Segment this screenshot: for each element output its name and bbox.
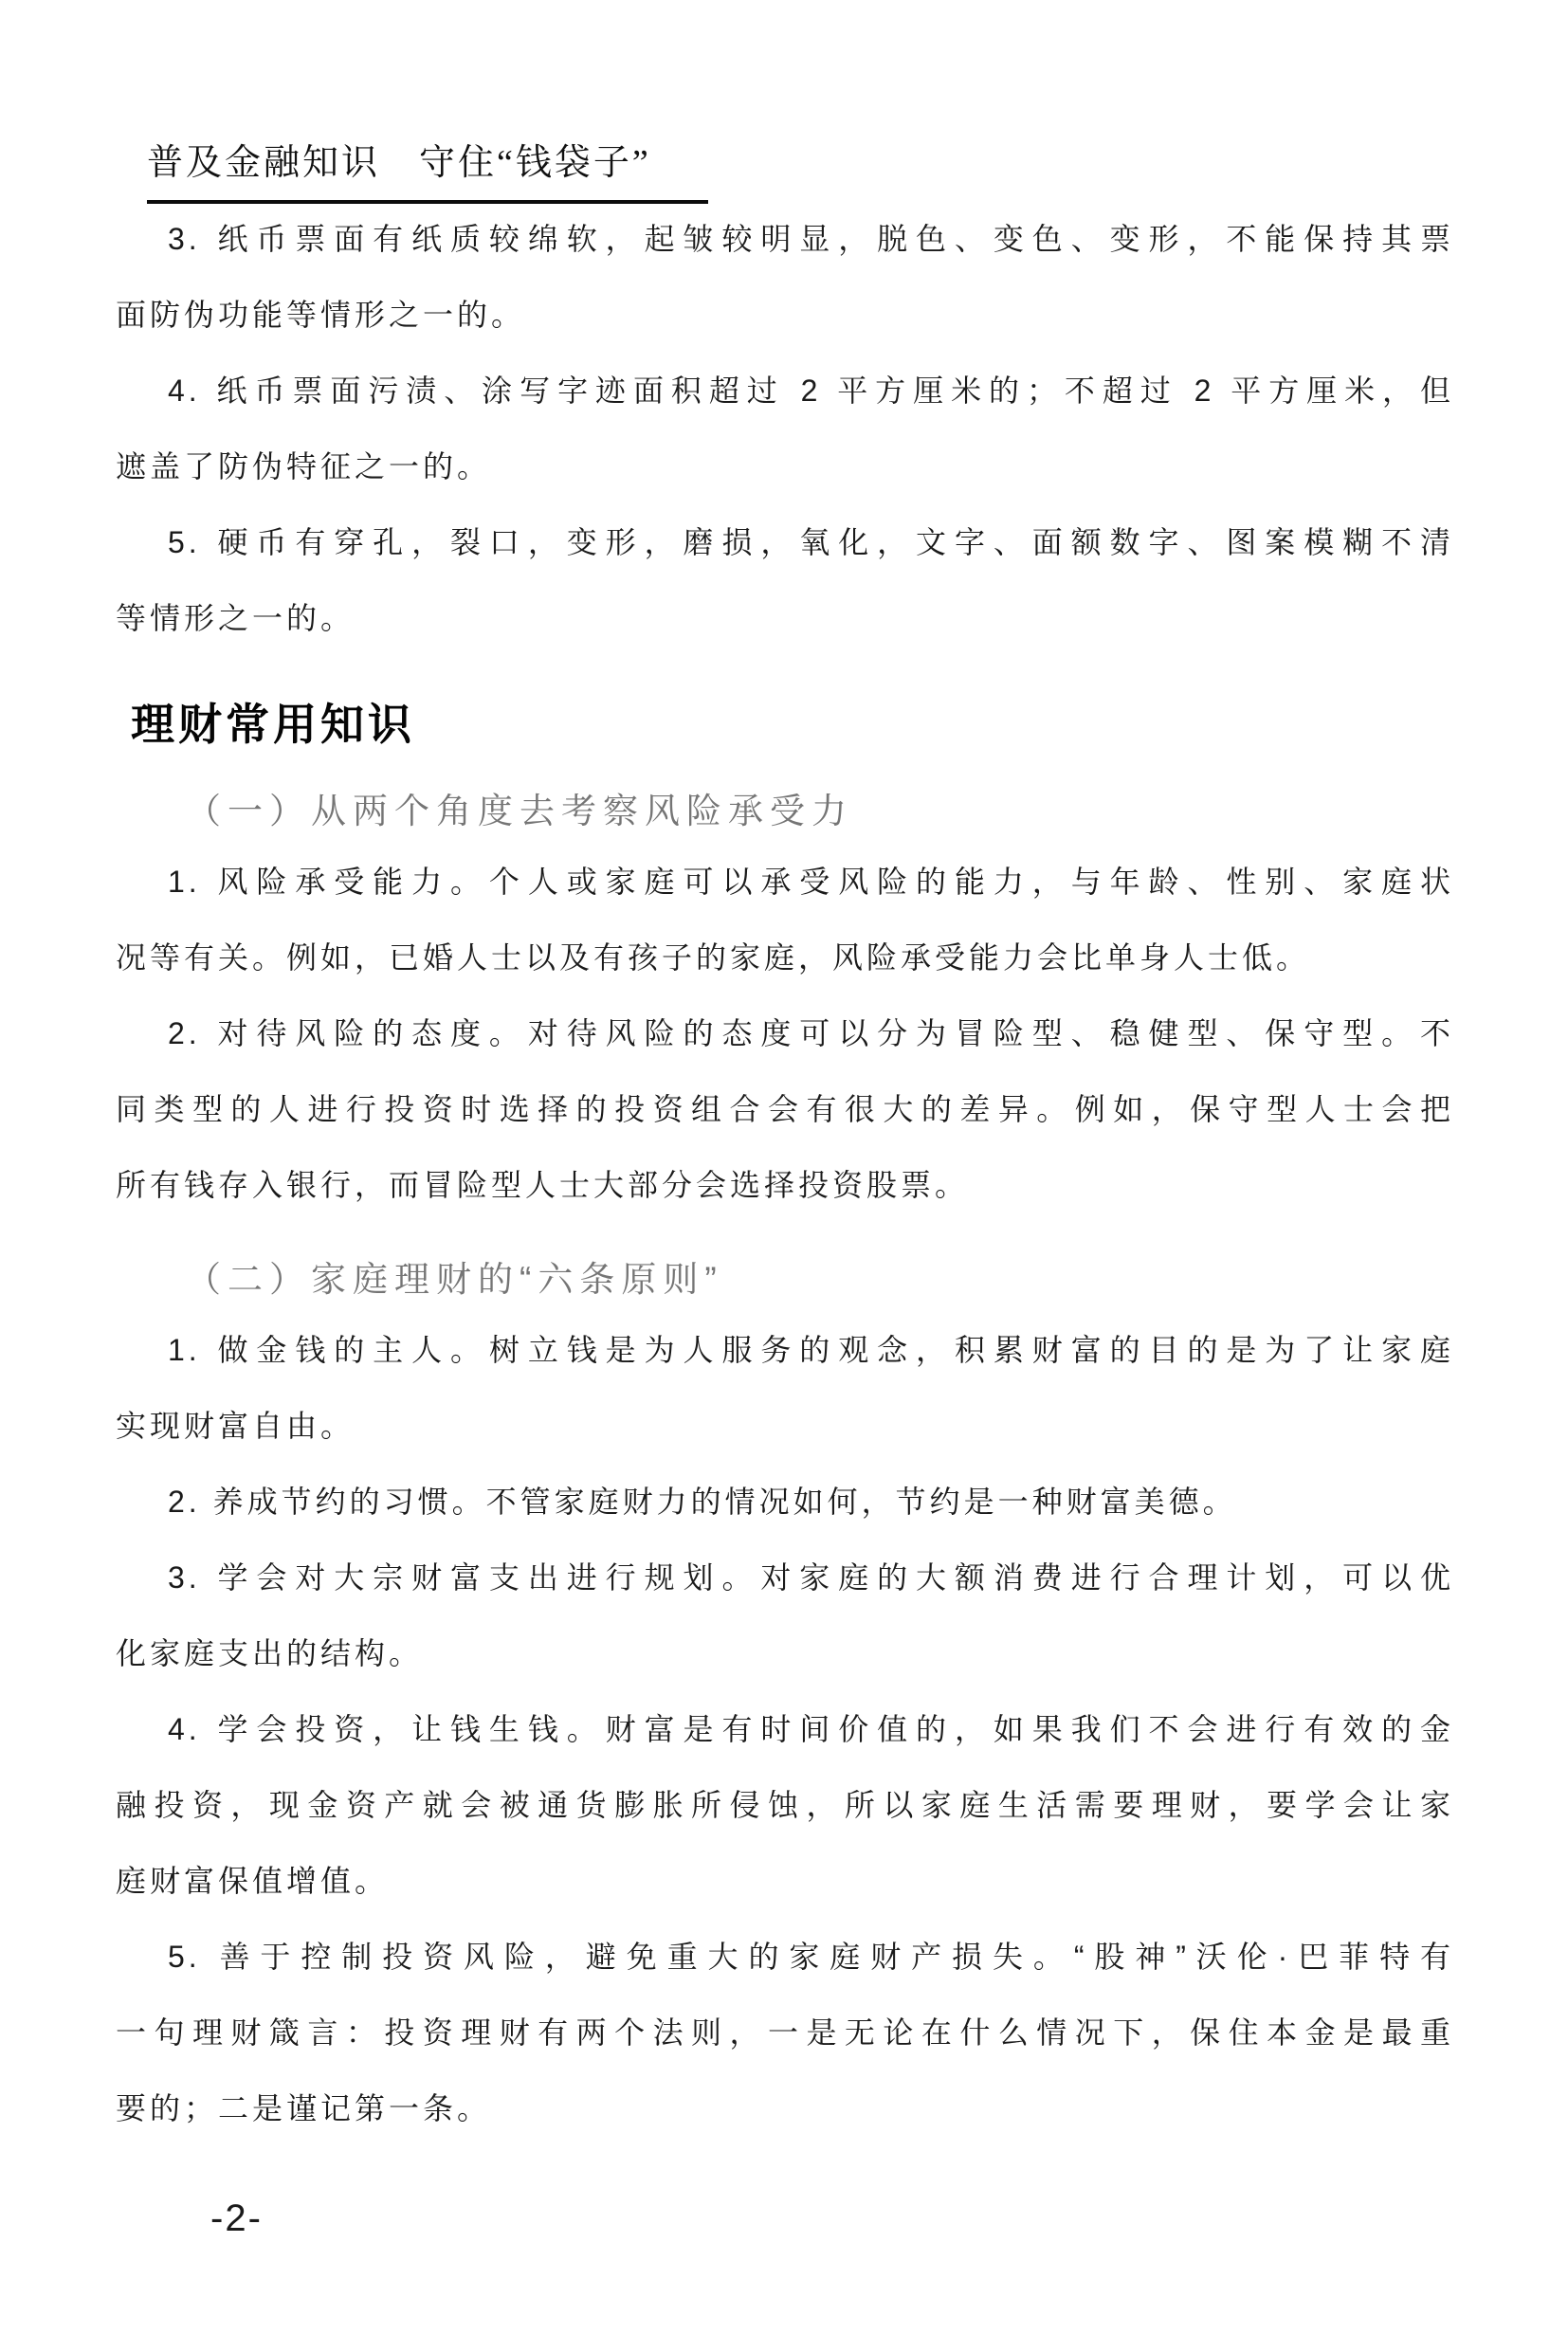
running-head: 普及金融知识 守住“钱袋子” (147, 133, 708, 204)
paragraph: 3. 学会对大宗财富支出进行规划。对家庭的大额消费进行合理计划，可以优化家庭支出… (116, 1540, 1454, 1691)
intro-paragraphs: 3. 纸币票面有纸质较绵软，起皱较明显，脱色、变色、变形，不能保持其票面防伪功能… (116, 201, 1454, 656)
text-line: 4. 学会投资，让钱生钱。财富是有时间价值的，如果我们不会进行有效的金 (116, 1691, 1454, 1767)
subsection-paragraphs: 1. 做金钱的主人。树立钱是为人服务的观念，积累财富的目的是为了让家庭实现财富自… (116, 1312, 1454, 2146)
text-line: 融投资，现金资产就会被通货膨胀所侵蚀，所以家庭生活需要理财，要学会让家 (116, 1767, 1454, 1843)
text-line: 实现财富自由。 (116, 1388, 1454, 1464)
text-line: 同类型的人进行投资时选择的投资组合会有很大的差异。例如，保守型人士会把 (116, 1071, 1454, 1147)
text-line: 4. 纸币票面污渍、涂写字迹面积超过 2 平方厘米的；不超过 2 平方厘米，但 (116, 353, 1454, 428)
page-content: 3. 纸币票面有纸质较绵软，起皱较明显，脱色、变色、变形，不能保持其票面防伪功能… (116, 201, 1454, 2146)
text-line: 3. 学会对大宗财富支出进行规划。对家庭的大额消费进行合理计划，可以优 (116, 1540, 1454, 1615)
paragraph: 1. 风险承受能力。个人或家庭可以承受风险的能力，与年龄、性别、家庭状况等有关。… (116, 844, 1454, 995)
text-line: 1. 做金钱的主人。树立钱是为人服务的观念，积累财富的目的是为了让家庭 (116, 1312, 1454, 1388)
text-line: 1. 风险承受能力。个人或家庭可以承受风险的能力，与年龄、性别、家庭状 (116, 844, 1454, 920)
subsection-heading: （一）从两个角度去考察风险承受力 (116, 789, 1454, 834)
subsection-paragraphs: 1. 风险承受能力。个人或家庭可以承受风险的能力，与年龄、性别、家庭状况等有关。… (116, 844, 1454, 1223)
subsections: （一）从两个角度去考察风险承受力1. 风险承受能力。个人或家庭可以承受风险的能力… (116, 789, 1454, 2146)
paragraph: 2. 对待风险的态度。对待风险的态度可以分为冒险型、稳健型、保守型。不同类型的人… (116, 995, 1454, 1223)
text-line: 庭财富保值增值。 (116, 1843, 1454, 1919)
text-line: 所有钱存入银行，而冒险型人士大部分会选择投资股票。 (116, 1147, 1454, 1223)
text-line: 化家庭支出的结构。 (116, 1615, 1454, 1691)
text-line: 3. 纸币票面有纸质较绵软，起皱较明显，脱色、变色、变形，不能保持其票 (116, 201, 1454, 277)
text-line: 5. 善于控制投资风险，避免重大的家庭财产损失。“股神”沃伦·巴菲特有 (116, 1919, 1454, 1995)
paragraph: 5. 善于控制投资风险，避免重大的家庭财产损失。“股神”沃伦·巴菲特有一句理财箴… (116, 1919, 1454, 2146)
paragraph: 4. 纸币票面污渍、涂写字迹面积超过 2 平方厘米的；不超过 2 平方厘米，但遮… (116, 353, 1454, 504)
text-line: 要的；二是谨记第一条。 (116, 2070, 1454, 2146)
document-page: 普及金融知识 守住“钱袋子” 3. 纸币票面有纸质较绵软，起皱较明显，脱色、变色… (0, 0, 1568, 2352)
paragraph: 3. 纸币票面有纸质较绵软，起皱较明显，脱色、变色、变形，不能保持其票面防伪功能… (116, 201, 1454, 353)
text-line: 2. 养成节约的习惯。不管家庭财力的情况如何，节约是一种财富美德。 (116, 1464, 1454, 1540)
text-line: 2. 对待风险的态度。对待风险的态度可以分为冒险型、稳健型、保守型。不 (116, 995, 1454, 1071)
paragraph: 4. 学会投资，让钱生钱。财富是有时间价值的，如果我们不会进行有效的金融投资，现… (116, 1691, 1454, 1919)
paragraph: 5. 硬币有穿孔，裂口，变形，磨损，氧化，文字、面额数字、图案模糊不清等情形之一… (116, 504, 1454, 656)
subsection-heading: （二）家庭理财的“六条原则” (116, 1257, 1454, 1303)
text-line: 等情形之一的。 (116, 580, 1454, 656)
text-line: 5. 硬币有穿孔，裂口，变形，磨损，氧化，文字、面额数字、图案模糊不清 (116, 504, 1454, 580)
text-line: 况等有关。例如，已婚人士以及有孩子的家庭，风险承受能力会比单身人士低。 (116, 920, 1454, 995)
section-title: 理财常用知识 (131, 694, 1454, 755)
text-line: 遮盖了防伪特征之一的。 (116, 428, 1454, 504)
page-number: -2- (210, 2197, 263, 2240)
text-line: 面防伪功能等情形之一的。 (116, 277, 1454, 353)
paragraph: 2. 养成节约的习惯。不管家庭财力的情况如何，节约是一种财富美德。 (116, 1464, 1454, 1540)
text-line: 一句理财箴言：投资理财有两个法则，一是无论在什么情况下，保住本金是最重 (116, 1995, 1454, 2070)
paragraph: 1. 做金钱的主人。树立钱是为人服务的观念，积累财富的目的是为了让家庭实现财富自… (116, 1312, 1454, 1464)
